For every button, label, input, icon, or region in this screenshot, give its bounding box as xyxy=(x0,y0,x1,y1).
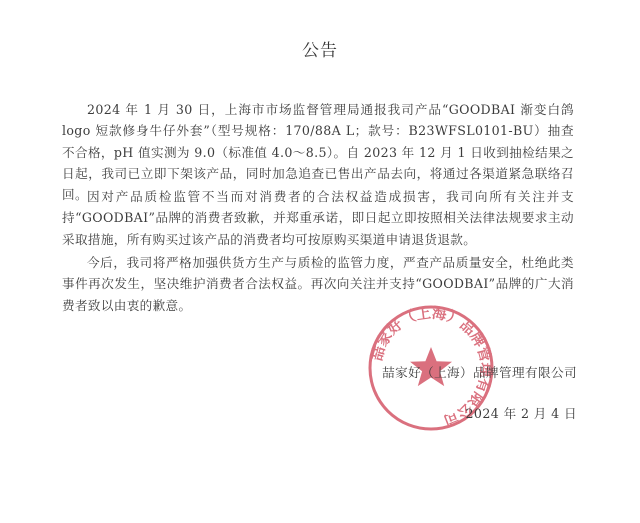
signature-date: 2024 年 2 月 4 日 xyxy=(466,403,577,422)
page-title: 公告 xyxy=(0,36,640,61)
signature-company: 喆家好（上海）品牌管理有限公司 xyxy=(382,362,577,381)
paragraph-3: 今后，我司将严格加强供货方生产与质检的监管力度，严查产品质量安全，杜绝此类事件再… xyxy=(62,252,574,316)
announcement-page: 公告 2024 年 1 月 30 日，上海市市场监督管理局通报我司产品“GOOD… xyxy=(0,0,640,523)
paragraph-2: 因对产品质检监管不当而对消费者的合法权益造成损害，我司向所有关注并支持“GOOD… xyxy=(62,186,574,250)
